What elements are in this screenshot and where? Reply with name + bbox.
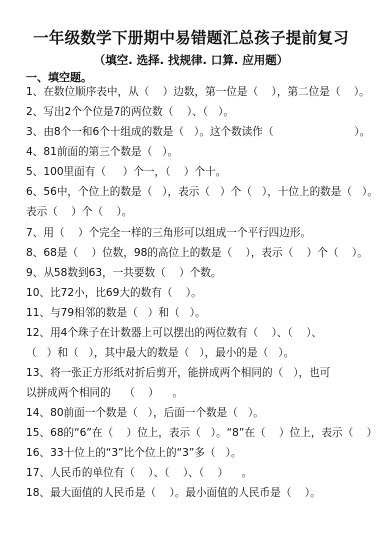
question-line: 5、100里面有（ ）个一，（ ）个十。: [26, 165, 226, 179]
question-line: 7、用（ ）个完全一样的三角形可以组成一个平行四边形。: [26, 226, 311, 240]
question-line: 2、写出2个个位是7的两位数（ ）、（ ）。: [26, 105, 234, 119]
question-line: 13、将一张正方形纸对折后剪开，能拼成两个相同的（ ），也可: [26, 366, 330, 380]
section-heading: 一、填空题。: [26, 69, 92, 85]
question-line: 14、80前面一个数是（ ），后面一个数是（ ）。: [26, 406, 264, 420]
question-line: 16、33十位上的“3”比个位上的“3”多（ ）。: [26, 446, 242, 460]
question-line: 1、在数位顺序表中，从（ ）边数，第一位是（ ），第二位是（ ）。: [26, 85, 370, 99]
question-line: 4、81前面的第三个数是（ ）。: [26, 145, 178, 159]
question-line: 3、由8个一和6个十组成的数是（ ）。这个数读作（ ）。: [26, 125, 370, 139]
question-line: 17、人民币的单位有（ ）、（ ）、（ ） 。: [26, 466, 252, 480]
document-title: 一年级数学下册期中易错题汇总孩子提前复习: [0, 26, 382, 48]
question-line: 6、56中，个位上的数是（ ），表示（ ）个（ ），十位上的数是（ ）。: [26, 185, 378, 199]
question-line: 表示（ ）个（ ）。: [26, 205, 132, 219]
question-line: 10、比72小，比69大的数有（ ）。: [26, 286, 202, 300]
question-line: 18、最大面值的人民币是（ ）。最小面值的人民币是（ ）。: [26, 486, 321, 500]
document-subtitle: （填空. 选择. 找规律. 口算. 应用题）: [0, 52, 382, 68]
question-line: 15、68的“6”在（ ）位上，表示（ ）。“8”在（ ）位上，表示（ ）: [26, 426, 377, 440]
question-line: 9、从58数到63，一共要数（ ）个数。: [26, 266, 221, 280]
question-line: 8、68是（ ）位数，98的高位上的数是（ ），表示（ ）个（ ）。: [26, 246, 368, 260]
question-line: 以拼成两个相同的 （ ） 。: [26, 386, 183, 400]
question-line: 11、与79相邻的数是（ ）和（ ）。: [26, 306, 206, 320]
question-line: 12、用4个珠子在计数器上可以摆出的两位数有（ ）、（ ）、: [26, 326, 322, 340]
question-line: （ ）和（ ），其中最大的数是（ ），最小的是（ ）。: [26, 346, 294, 360]
